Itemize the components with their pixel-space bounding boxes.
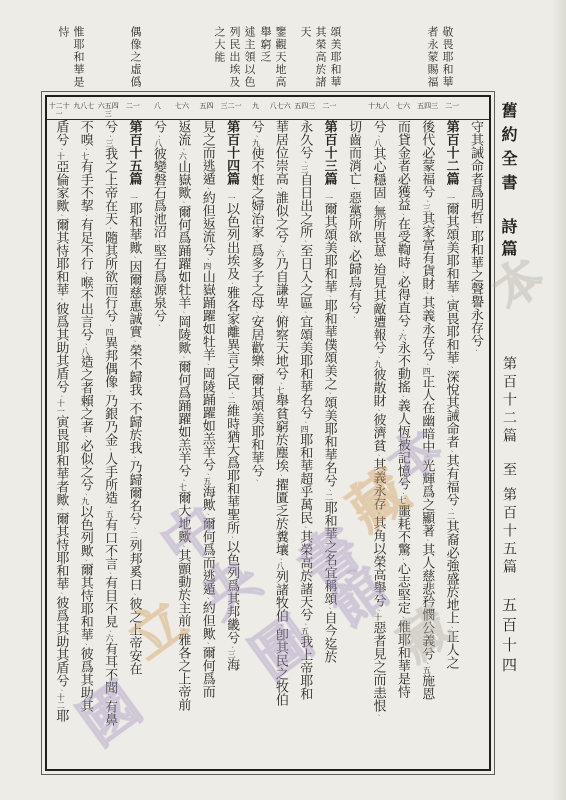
punctuation: 、 — [228, 534, 235, 540]
verse-number: 十 — [373, 613, 382, 621]
psalm-115-summary-2: 惟耶和華是恃 — [56, 26, 86, 92]
punctuation: 、 — [399, 614, 406, 620]
punctuation: 、 — [131, 454, 138, 460]
psalm-range-to: 第百十五篇 — [499, 487, 519, 577]
verse-number: 四 — [300, 425, 309, 433]
punctuation: 、 — [277, 309, 284, 315]
text-column: 華居位崇高、誰似之兮、六乃自謙卑、俯察天地兮、七舉貧窮於塵埃、擢匱乏於糞壤、八列… — [267, 120, 291, 767]
verse-number: 七 — [81, 152, 90, 160]
punctuation: 、 — [423, 453, 430, 459]
verse-number: 一 — [227, 194, 236, 202]
psalm-115-summary-1: 偶像之虛僞 — [128, 26, 143, 92]
punctuation: 、 — [106, 694, 113, 700]
verse-number: 一 — [325, 194, 334, 202]
punctuation: 、 — [350, 243, 357, 249]
verse-number: 二 — [227, 396, 236, 404]
punctuation: 、 — [374, 257, 381, 263]
psalm-title: 第百十四篇 — [224, 120, 239, 194]
punctuation: 、 — [374, 452, 381, 458]
punctuation: 、 — [106, 446, 113, 452]
punctuation: 、 — [374, 712, 381, 718]
verse-number: 六 — [398, 333, 407, 341]
column-verse-numbers: 七六 — [391, 97, 416, 119]
column-verse-numbers — [464, 97, 489, 119]
annotation-line: 舉窮乏 — [258, 26, 273, 92]
verse-number: 八 — [81, 347, 90, 355]
verse-number: 十一 — [56, 399, 65, 415]
verse-number: 六 — [276, 249, 285, 257]
punctuation: 、 — [350, 314, 357, 320]
verse-number: 五 — [105, 510, 114, 518]
punctuation: 、 — [277, 185, 284, 191]
punctuation: 、 — [326, 605, 333, 611]
verse-number: 二 — [325, 493, 334, 501]
punctuation: 、 — [252, 367, 259, 373]
column-verse-numbers: 五四 — [194, 97, 219, 119]
annotation-line: 敬畏耶和華 — [440, 26, 455, 92]
psalm-113-summary-2: 鑒觀天地高舉窮乏 — [258, 26, 288, 92]
punctuation: 、 — [423, 537, 430, 543]
punctuation: 、 — [204, 595, 211, 601]
punctuation: 、 — [277, 622, 284, 628]
verse-number: 三 — [227, 650, 236, 658]
punctuation: 、 — [374, 510, 381, 516]
punctuation: 、 — [374, 407, 381, 413]
verse-number: 二 — [447, 512, 456, 520]
text-column: 永久兮、三自日出之所、至日入之區、宜頌美耶和華名兮、四耶和華超乎萬民、其榮高於諸… — [292, 120, 316, 767]
text-column: 第百十五篇一耶和華歟、因爾慈惠誠實、榮不歸我、不歸於我、乃歸爾名兮、二列邦奚曰、… — [121, 120, 145, 767]
column-verse-numbers: 八 — [145, 97, 170, 119]
text-column: 而貸金者必獲益、在受鞫時、必得直兮、六永不動搖、義人恆被記憶兮、七噩耗不驚、心志… — [389, 120, 413, 767]
verse-number: 八 — [154, 139, 163, 147]
column-verse-numbers: 八七六 — [268, 97, 293, 119]
verse-number: 九 — [251, 139, 260, 147]
column-verse-numbers: 二一 — [317, 97, 342, 119]
text-column: 守其誡命者爲明哲、耶和華之聲譽永存兮、 — [463, 120, 487, 767]
annotation-line: 頌美耶和華 — [328, 26, 343, 92]
verse-number: 六 — [105, 634, 114, 642]
column-verse-numbers: 九八七 — [71, 97, 96, 119]
punctuation: 、 — [155, 322, 162, 328]
annotation-line: 者永蒙賜福 — [425, 26, 440, 92]
punctuation: 、 — [448, 448, 455, 454]
column-verse-numbers: 二一 — [121, 97, 146, 119]
verse-number: 八 — [276, 562, 285, 570]
psalm-114-summary: 述主領以色列民出埃及之大能 — [212, 26, 257, 92]
text-column: 第百十四篇一以色列出埃及、雅各家離異言之民、二維時猶大爲耶和華聖所、以色列爲其邦… — [219, 120, 243, 767]
verse-number: 十 — [56, 152, 65, 160]
annotation-line: 列民出埃及 — [227, 26, 242, 92]
punctuation: 、 — [252, 238, 259, 244]
punctuation: 、 — [131, 396, 138, 402]
annotation-line: 之大能 — [212, 26, 227, 92]
punctuation: 、 — [374, 199, 381, 205]
psalm-title: 第百十二篇 — [444, 120, 459, 194]
psalm-title: 第百十三篇 — [322, 120, 337, 194]
text-column: 切齒而消亡、惡黨所欲、必歸烏有兮、 — [341, 120, 365, 767]
text-column: 返流、六山嶽歟、爾何爲踊躍如牡羊、岡陵歟、爾何爲踊躍如羔羊兮、七爾大地歟、其顫動… — [170, 120, 194, 767]
annotation-line: 述主領以色 — [242, 26, 257, 92]
punctuation: 、 — [399, 211, 406, 217]
verse-number: 七 — [276, 386, 285, 394]
punctuation: 、 — [301, 524, 308, 530]
page-number: 五百十四 — [498, 597, 519, 677]
book-title: 舊約全書 — [497, 102, 519, 198]
verse-number: 四 — [105, 328, 114, 336]
punctuation: 、 — [350, 185, 357, 191]
verse-number: 五 — [300, 627, 309, 635]
punctuation: 、 — [179, 627, 186, 633]
punctuation: 、 — [448, 364, 455, 370]
verse-number: 一 — [130, 194, 139, 202]
psalm-range-connector: 至 — [499, 462, 519, 476]
punctuation: 、 — [204, 511, 211, 517]
punctuation: 、 — [326, 390, 333, 396]
verse-number: 五 — [422, 666, 431, 674]
psalm-range-from: 第百十二篇 — [499, 356, 519, 446]
verse-number: 三 — [300, 165, 309, 173]
punctuation: 、 — [204, 185, 211, 191]
verse-number: 三 — [422, 204, 431, 212]
punctuation: 、 — [57, 212, 64, 218]
punctuation: 、 — [204, 361, 211, 367]
text-column: 第百十二篇一爾其頌美耶和華、寅畏耶和華、深悅其誡命者、其有福兮、二其裔必強盛於地… — [438, 120, 462, 767]
punctuation: 、 — [82, 212, 89, 218]
column-verse-numbers: 七六 — [170, 97, 195, 119]
text-columns: 守其誡命者爲明哲、耶和華之聲譽永存兮、第百十二篇一爾其頌美耶和華、寅畏耶和華、深… — [49, 120, 487, 767]
text-column: 第百十三篇一爾其頌美耶和華、耶和華僕頌美之、頌美耶和華名兮、二耶和華之名宜稱頌、… — [316, 120, 340, 767]
section-title: 詩篇 — [497, 218, 519, 262]
punctuation: 、 — [57, 506, 64, 512]
column-verse-numbers: 二一 — [440, 97, 465, 119]
column-verse-numbers: 九 — [243, 97, 268, 119]
punctuation: 、 — [131, 338, 138, 344]
scanned-book-page: { "margin": { "book_title": "舊約全書", "sec… — [0, 0, 566, 800]
punctuation: 、 — [106, 388, 113, 394]
punctuation: 、 — [423, 290, 430, 296]
text-frame: 二一五四三七六十九八二一五四三八七六九三二一五四七六八二一六五四三九八七十二十一… — [45, 95, 491, 771]
punctuation: 、 — [399, 269, 406, 275]
punctuation: 、 — [82, 557, 89, 563]
column-verse-numbers: 十九八 — [366, 97, 391, 119]
punctuation: 、 — [82, 433, 89, 439]
verse-number: 九 — [81, 497, 90, 505]
punctuation: 、 — [472, 347, 479, 353]
punctuation: 、 — [179, 199, 186, 205]
verse-number: 十二 — [56, 693, 65, 709]
text-column: 兮、八彼變磐石爲池沼、堅石爲源泉兮、 — [146, 120, 170, 767]
verse-number: 三 — [105, 139, 114, 147]
annotation-line: 其榮高於諸 — [313, 26, 328, 92]
verse-number: 六 — [178, 152, 187, 160]
punctuation: 、 — [82, 270, 89, 276]
punctuation: 、 — [131, 591, 138, 597]
punctuation: 、 — [179, 354, 186, 360]
punctuation: 、 — [252, 477, 259, 483]
text-column: 盾兮、十亞倫家歟、爾其恃耶和華、彼爲其助其盾兮、十一寅畏耶和華者歟、爾其恃耶和華… — [49, 120, 72, 767]
text-column: 見之而逃遁、約但返流兮、四山嶽踊躍如牡羊、岡陵踊躍如羔羊兮、五海歟、爾何爲而逃遁… — [194, 120, 218, 767]
punctuation: 、 — [301, 238, 308, 244]
text-column: 兮、八其心穩固、無所畏葸、迨見其敵遭報兮、九彼散財、彼濟貧、其義永存、其角以榮高… — [365, 120, 389, 767]
column-verse-numbers: 五四三 — [293, 97, 318, 119]
verse-number: 四 — [203, 262, 212, 270]
verse-number-strip: 二一五四三七六十九八二一五四三八七六九三二一五四七六八二一六五四三九八七十二十一 — [47, 97, 489, 120]
annotation-line: 恃 — [56, 26, 71, 92]
verse-number: 九 — [373, 360, 382, 368]
punctuation: 、 — [228, 280, 235, 286]
text-column: 兮、三我之上帝在天、隨其所欲而行兮、四異邦偶像、乃銀乃金、人手所造、五有口不言、… — [97, 120, 121, 767]
punctuation: 、 — [179, 309, 186, 315]
punctuation: 、 — [252, 309, 259, 315]
punctuation: 、 — [131, 254, 138, 260]
punctuation: 、 — [301, 309, 308, 315]
verse-number: 八 — [373, 139, 382, 147]
psalm-112-summary: 敬畏耶和華者永蒙賜福 — [425, 26, 455, 92]
annotation-line: 惟耶和華是 — [71, 26, 86, 92]
annotation-line: 鑒觀天地高 — [273, 26, 288, 92]
verse-number: 五 — [203, 477, 212, 485]
punctuation: 、 — [57, 590, 64, 596]
column-verse-numbers: 三二一 — [219, 97, 244, 119]
punctuation: 、 — [326, 293, 333, 299]
column-verse-numbers: 六五四三 — [96, 97, 121, 119]
psalm-title: 第百十五篇 — [127, 120, 142, 194]
punctuation: 、 — [82, 641, 89, 647]
punctuation: 、 — [106, 225, 113, 231]
punctuation: 、 — [277, 472, 284, 478]
punctuation: 、 — [472, 224, 479, 230]
text-column: 兮、九使不姙之婦治家、爲多子之母、安居歡樂、爾其頌美耶和華兮、 — [243, 120, 267, 767]
column-verse-numbers: 十二十一 — [47, 97, 72, 119]
verse-number: 七 — [398, 496, 407, 504]
punctuation: 、 — [399, 556, 406, 562]
text-column: 不嗅、七有手不挈、有足不行、喉不出言兮、八造之者賴之者、必似之兮、九以色列歟、爾… — [72, 120, 96, 767]
punctuation: 、 — [448, 624, 455, 630]
punctuation: 、 — [155, 238, 162, 244]
punctuation: 、 — [179, 543, 186, 549]
punctuation: 、 — [448, 293, 455, 299]
punctuation: 、 — [106, 570, 113, 576]
punctuation: 、 — [57, 296, 64, 302]
text-column: 後代必蒙福兮、三其家富有貨財、其義永存兮、四正人在幽暗中、光輝爲之顯著、其人慈悲… — [414, 120, 438, 767]
verse-number: 二 — [130, 531, 139, 539]
annotation-line: 天 — [298, 26, 313, 92]
psalm-113-summary-1: 頌美耶和華其榮高於諸天 — [298, 26, 343, 92]
annotation-line: 偶像之虛僞 — [128, 26, 143, 92]
verse-number: 四 — [422, 367, 431, 375]
column-verse-numbers — [342, 97, 367, 119]
column-verse-numbers: 五四三 — [415, 97, 440, 119]
verse-number: 一 — [447, 194, 456, 202]
punctuation: 、 — [204, 640, 211, 646]
punctuation: 、 — [399, 393, 406, 399]
verse-number: 七 — [178, 483, 187, 491]
